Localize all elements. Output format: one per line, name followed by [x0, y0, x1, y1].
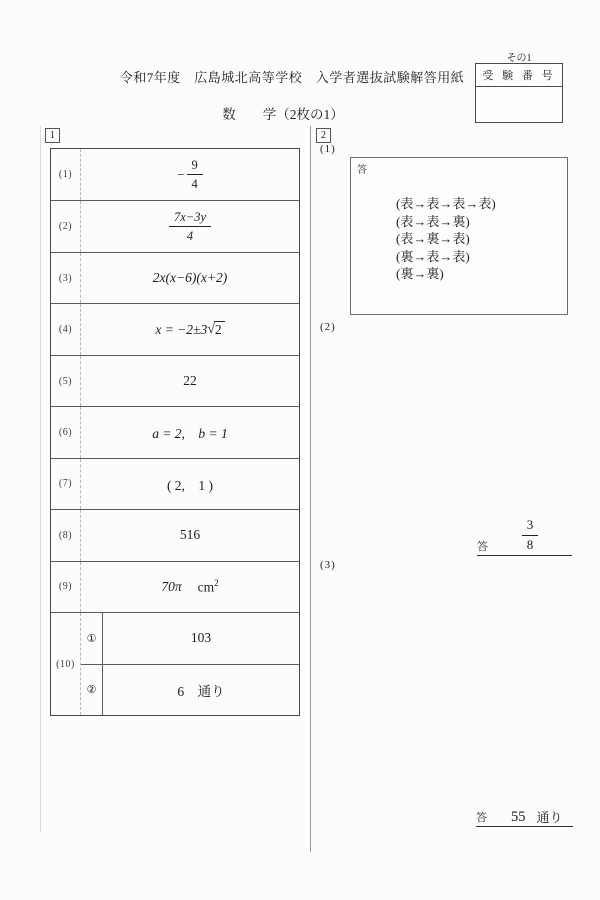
fraction: 94	[187, 157, 203, 193]
table-row: (9) 70πcm2	[51, 561, 299, 612]
minus-sign: −	[177, 167, 184, 183]
fraction-denominator: 4	[192, 175, 198, 192]
question-3-label: (3)	[320, 559, 336, 571]
exam-number-header: 受 験 番 号	[476, 64, 562, 87]
answer-cell: 103	[103, 613, 299, 663]
table-row: (5) 22	[51, 355, 299, 406]
answer-cell: a = 2, b = 1	[81, 407, 299, 457]
subrow-mark-circled-2: ②	[81, 665, 103, 715]
table-row: (10) ① 103 ② 6 通り	[51, 612, 299, 715]
answer-tag: 答	[477, 538, 488, 555]
row-label: (10)	[51, 613, 81, 715]
sqrt-radicand: 2	[214, 321, 225, 338]
coin-sequence-line: (表→表→裏)	[396, 213, 496, 231]
page-title: 令和7年度 広島城北高等学校 入学者選抜試験解答用紙	[92, 67, 492, 86]
answer-sheet-page: 令和7年度 広島城北高等学校 入学者選抜試験解答用紙 数 学（2枚の1） その1…	[0, 0, 600, 900]
sheet-number-label: その1	[475, 49, 563, 64]
question-1-label: (1)	[320, 143, 336, 155]
coin-sequence-line: (表→表→表→表)	[396, 195, 496, 213]
answer-cell: x = −2±3√2	[81, 304, 299, 354]
table-row: (2) 7x−3y4	[51, 200, 299, 251]
coin-sequence-list: (表→表→表→表) (表→表→裏) (表→裏→表) (裏→表→表) (裏→裏)	[396, 195, 496, 283]
table-subrow: ① 103	[81, 613, 299, 663]
section1-marker: 1	[45, 128, 60, 143]
table-subrow: ② 6 通り	[81, 664, 299, 715]
row-label: (5)	[51, 356, 81, 406]
row-label: (7)	[51, 459, 81, 509]
fraction-numerator: 9	[187, 157, 203, 175]
fraction-denominator: 8	[527, 536, 534, 554]
fraction-numerator: 7x−3y	[169, 209, 211, 227]
row-label: (6)	[51, 407, 81, 457]
q1-answer-box: 答 (表→表→表→表) (表→表→裏) (表→裏→表) (裏→表→表) (裏→裏…	[350, 157, 568, 315]
q2-answer-line: 答 38	[477, 513, 572, 556]
answer-cell: ( 2, 1 )	[81, 459, 299, 509]
equation-prefix: x = −2±3	[155, 322, 207, 338]
fraction-denominator: 4	[187, 227, 193, 244]
answer-cell: −94	[81, 149, 299, 200]
row-label: (3)	[51, 253, 81, 303]
section2-marker: 2	[316, 128, 331, 143]
coin-sequence-line: (表→裏→表)	[396, 230, 496, 248]
row-label: (9)	[51, 562, 81, 612]
answer-cell: 22	[81, 356, 299, 406]
fraction: 7x−3y4	[169, 209, 211, 245]
table-row: (3) 2x(x−6)(x+2)	[51, 252, 299, 303]
table-row: (8) 516	[51, 509, 299, 560]
unit-label: 通り	[537, 811, 563, 826]
exam-number-blank-field	[476, 87, 562, 121]
row-label: (4)	[51, 304, 81, 354]
answer-cell: 516	[81, 510, 299, 560]
answer-cell: 70πcm2	[81, 562, 299, 612]
answer-value: 70π	[161, 579, 181, 595]
coin-sequence-line: (裏→裏)	[396, 265, 496, 283]
subrow-mark-circled-1: ①	[81, 613, 103, 663]
row-label: (2)	[51, 201, 81, 251]
subrow-group: ① 103 ② 6 通り	[81, 613, 299, 715]
q3-answer-line: 答 55 通り	[476, 800, 573, 827]
left-fold-line	[40, 126, 41, 832]
row-label: (1)	[51, 149, 81, 200]
section1-answer-table: (1) −94 (2) 7x−3y4 (3) 2x(x−6)(x+2) (4) …	[50, 148, 300, 716]
table-row: (6) a = 2, b = 1	[51, 406, 299, 457]
table-row: (1) −94	[51, 149, 299, 200]
answer-cell: 2x(x−6)(x+2)	[81, 253, 299, 303]
page-subtitle: 数 学（2枚の1）	[90, 103, 476, 123]
table-row: (4) x = −2±3√2	[51, 303, 299, 354]
row-label: (8)	[51, 510, 81, 560]
answer-cell: 6 通り	[103, 665, 299, 715]
section-divider-line	[310, 126, 311, 852]
fraction: 38	[522, 517, 539, 554]
table-row: (7) ( 2, 1 )	[51, 458, 299, 509]
unit-text: cm	[198, 580, 215, 595]
answer-value: 55	[511, 810, 526, 826]
answer-tag: 答	[476, 809, 487, 826]
exam-number-box: 受 験 番 号	[475, 63, 563, 123]
unit-exponent: 2	[214, 578, 219, 588]
answer-cell: 7x−3y4	[81, 201, 299, 251]
coin-sequence-line: (裏→表→表)	[396, 248, 496, 266]
question-2-label: (2)	[320, 321, 336, 333]
fraction-numerator: 3	[522, 517, 539, 536]
answer-tag: 答	[357, 161, 367, 176]
unit-label: cm2	[198, 578, 219, 596]
